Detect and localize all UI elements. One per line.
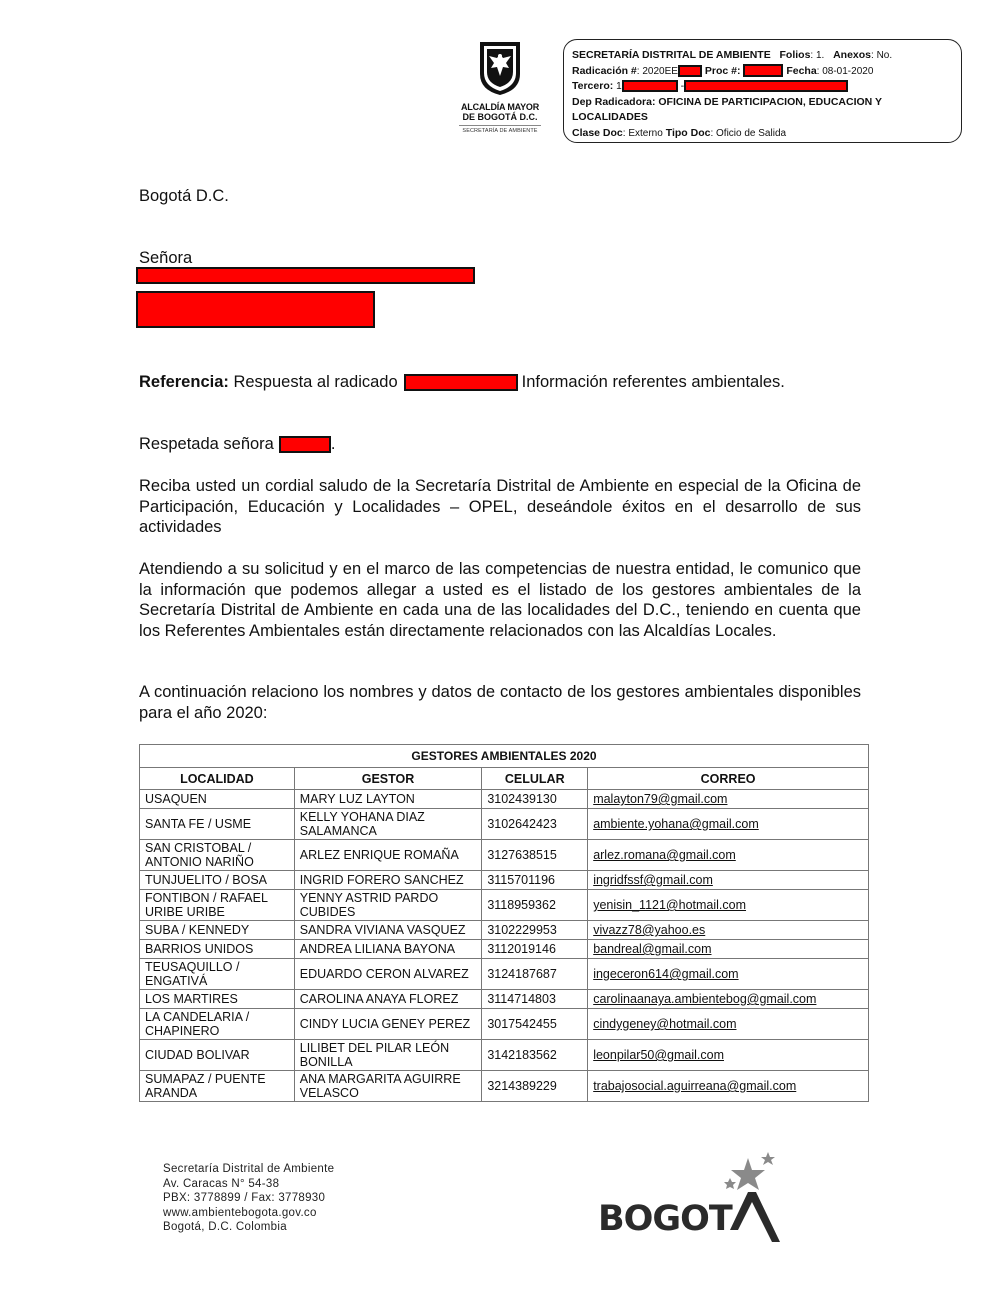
cell-celular: 3127638515 <box>482 840 588 871</box>
coat-of-arms-icon <box>478 40 522 96</box>
column-header-celular: CELULAR <box>482 768 588 790</box>
column-header-gestor: GESTOR <box>294 768 482 790</box>
greeting-end: . <box>331 435 336 453</box>
cell-celular: 3214389229 <box>482 1071 588 1102</box>
cell-gestor: SANDRA VIVIANA VASQUEZ <box>294 921 482 940</box>
entity-name: SECRETARÍA DISTRITAL DE AMBIENTE <box>572 49 771 61</box>
anexos-value: : No. <box>871 50 892 61</box>
cell-celular: 3102642423 <box>482 809 588 840</box>
footer-website-link[interactable]: www.ambientebogota.gov.co <box>163 1206 360 1221</box>
radicado-row-entity: SECRETARÍA DISTRITAL DE AMBIENTE Folios:… <box>572 48 961 64</box>
fecha-value: : 08-01-2020 <box>817 66 874 77</box>
redacted-recipient-name <box>136 267 475 284</box>
cell-correo: vivazz78@yahoo.es <box>588 921 869 940</box>
paragraph-greeting: Reciba usted un cordial saludo de la Sec… <box>139 476 861 538</box>
salutation: Señora <box>139 248 192 269</box>
cell-gestor: ANA MARGARITA AGUIRRE VELASCO <box>294 1071 482 1102</box>
cell-correo: arlez.romana@gmail.com <box>588 840 869 871</box>
cell-gestor: INGRID FORERO SANCHEZ <box>294 871 482 890</box>
cell-localidad: USAQUEN <box>140 790 295 809</box>
reference-line: Referencia: Respuesta al radicadoInforma… <box>139 372 785 393</box>
table-row: SUBA / KENNEDYSANDRA VIVIANA VASQUEZ3102… <box>140 921 869 940</box>
paragraph-request: Atendiendo a su solicitud y en el marco … <box>139 559 861 641</box>
footer-line: Secretaría Distrital de Ambiente <box>163 1162 360 1177</box>
cell-celular: 3115701196 <box>482 871 588 890</box>
email-link[interactable]: leonpilar50@gmail.com <box>593 1048 724 1062</box>
cell-correo: bandreal@gmail.com <box>588 940 869 959</box>
email-link[interactable]: arlez.romana@gmail.com <box>593 848 736 862</box>
reference-label: Referencia: <box>139 373 229 391</box>
dep-value-2: LOCALIDADES <box>572 111 648 123</box>
cell-gestor: ANDREA LILIANA BAYONA <box>294 940 482 959</box>
table-row: TUNJUELITO / BOSAINGRID FORERO SANCHEZ31… <box>140 871 869 890</box>
city-line: Bogotá D.C. <box>139 186 229 207</box>
bogota-stars-logo-icon: BOGOT <box>598 1150 783 1245</box>
cell-correo: ingeceron614@gmail.com <box>588 959 869 990</box>
cell-correo: trabajosocial.aguirreana@gmail.com <box>588 1071 869 1102</box>
fecha-label: Fecha <box>786 65 816 77</box>
cell-correo: cindygeney@hotmail.com <box>588 1009 869 1040</box>
footer-line: Bogotá, D.C. Colombia <box>163 1220 360 1235</box>
cell-correo: yenisin_1121@hotmail.com <box>588 890 869 921</box>
cell-localidad: TUNJUELITO / BOSA <box>140 871 295 890</box>
cell-localidad: SANTA FE / USME <box>140 809 295 840</box>
radicado-row-tercero: Tercero: 1 - <box>572 79 961 95</box>
radicado-row-dep: Dep Radicadora: OFICINA DE PARTICIPACION… <box>572 95 961 111</box>
redacted-radicado <box>404 374 518 391</box>
cell-celular: 3114714803 <box>482 990 588 1009</box>
cell-correo: leonpilar50@gmail.com <box>588 1040 869 1071</box>
cell-localidad: SUMAPAZ / PUENTE ARANDA <box>140 1071 295 1102</box>
redaction-block <box>684 80 848 92</box>
cell-localidad: CIUDAD BOLIVAR <box>140 1040 295 1071</box>
anexos-label: Anexos <box>833 49 871 61</box>
table-row: FONTIBON / RAFAEL URIBE URIBEYENNY ASTRI… <box>140 890 869 921</box>
cell-gestor: LILIBET DEL PILAR LEÓN BONILLA <box>294 1040 482 1071</box>
paragraph-intro-table: A continuación relaciono los nombres y d… <box>139 682 861 723</box>
footer-line: Av. Caracas N° 54-38 <box>163 1177 360 1192</box>
proc-label: Proc # <box>705 65 737 77</box>
folios-label: Folios <box>780 49 811 61</box>
reference-suffix: Información referentes ambientales. <box>522 373 785 391</box>
crest-divider <box>459 125 541 126</box>
email-link[interactable]: ambiente.yohana@gmail.com <box>593 817 759 831</box>
cell-celular: 3124187687 <box>482 959 588 990</box>
greeting: Respetada señora <box>139 435 274 453</box>
footer-line: PBX: 3778899 / Fax: 3778930 <box>163 1191 360 1206</box>
email-link[interactable]: vivazz78@yahoo.es <box>593 923 705 937</box>
table-row: SANTA FE / USMEKELLY YOHANA DIAZ SALAMAN… <box>140 809 869 840</box>
greeting-line: Respetada señora. <box>139 434 335 455</box>
crest-line-2: DE BOGOTÁ D.C. <box>455 112 545 122</box>
redaction-block <box>622 80 678 92</box>
table-row: CIUDAD BOLIVARLILIBET DEL PILAR LEÓN BON… <box>140 1040 869 1071</box>
redacted-name <box>279 436 331 453</box>
email-link[interactable]: cindygeney@hotmail.com <box>593 1017 736 1031</box>
table-row: USAQUENMARY LUZ LAYTON3102439130malayton… <box>140 790 869 809</box>
cell-localidad: SUBA / KENNEDY <box>140 921 295 940</box>
cell-gestor: CINDY LUCIA GENEY PEREZ <box>294 1009 482 1040</box>
cell-localidad: LOS MARTIRES <box>140 990 295 1009</box>
email-link[interactable]: malayton79@gmail.com <box>593 792 727 806</box>
crest-line-3: SECRETARÍA DE AMBIENTE <box>455 128 545 134</box>
email-link[interactable]: yenisin_1121@hotmail.com <box>593 898 746 912</box>
radicacion-value: : 2020EE <box>637 66 678 77</box>
column-header-localidad: LOCALIDAD <box>140 768 295 790</box>
reference-prefix: Respuesta al radicado <box>233 373 397 391</box>
alcaldia-crest: ALCALDÍA MAYOR DE BOGOTÁ D.C. SECRETARÍA… <box>455 40 545 134</box>
email-link[interactable]: ingeceron614@gmail.com <box>593 967 738 981</box>
cell-celular: 3102439130 <box>482 790 588 809</box>
cell-celular: 3112019146 <box>482 940 588 959</box>
cell-celular: 3142183562 <box>482 1040 588 1071</box>
cell-correo: malayton79@gmail.com <box>588 790 869 809</box>
redaction-block <box>743 64 783 77</box>
cell-localidad: SAN CRISTOBAL / ANTONIO NARIÑO <box>140 840 295 871</box>
email-link[interactable]: trabajosocial.aguirreana@gmail.com <box>593 1079 796 1093</box>
cell-localidad: BARRIOS UNIDOS <box>140 940 295 959</box>
cell-correo: ambiente.yohana@gmail.com <box>588 809 869 840</box>
radicado-row-number: Radicación #: 2020EE Proc #: Fecha: 08-0… <box>572 64 961 80</box>
cell-celular: 3118959362 <box>482 890 588 921</box>
cell-gestor: CAROLINA ANAYA FLOREZ <box>294 990 482 1009</box>
cell-gestor: KELLY YOHANA DIAZ SALAMANCA <box>294 809 482 840</box>
radicado-stamp: SECRETARÍA DISTRITAL DE AMBIENTE Folios:… <box>563 39 962 143</box>
redacted-recipient-address <box>136 291 375 328</box>
tercero-label: Tercero: <box>572 80 613 92</box>
gestores-table: GESTORES AMBIENTALES 2020 LOCALIDAD GEST… <box>139 744 869 1102</box>
cell-localidad: LA CANDELARIA / CHAPINERO <box>140 1009 295 1040</box>
folios-value: : 1. <box>810 50 824 61</box>
table-title: GESTORES AMBIENTALES 2020 <box>140 745 869 768</box>
cell-localidad: FONTIBON / RAFAEL URIBE URIBE <box>140 890 295 921</box>
table-row: SAN CRISTOBAL / ANTONIO NARIÑOARLEZ ENRI… <box>140 840 869 871</box>
cell-gestor: YENNY ASTRID PARDO CUBIDES <box>294 890 482 921</box>
footer-address: Secretaría Distrital de Ambiente Av. Car… <box>163 1162 360 1235</box>
table-row: LOS MARTIRESCAROLINA ANAYA FLOREZ3114714… <box>140 990 869 1009</box>
table-row: TEUSAQUILLO / ENGATIVÁEDUARDO CERON ALVA… <box>140 959 869 990</box>
cell-gestor: ARLEZ ENRIQUE ROMAÑA <box>294 840 482 871</box>
email-link[interactable]: bandreal@gmail.com <box>593 942 711 956</box>
clase-label: Clase Doc <box>572 127 623 139</box>
dep-value: OFICINA DE PARTICIPACION, EDUCACION Y <box>658 96 882 108</box>
table-row: BARRIOS UNIDOSANDREA LILIANA BAYONA31120… <box>140 940 869 959</box>
dep-label: Dep Radicadora: <box>572 96 655 108</box>
email-link[interactable]: ingridfssf@gmail.com <box>593 873 713 887</box>
radicado-row-dep-2: LOCALIDADES <box>572 110 961 126</box>
column-header-correo: CORREO <box>588 768 869 790</box>
cell-celular: 3102229953 <box>482 921 588 940</box>
cell-correo: carolinaanaya.ambientebog@gmail.com <box>588 990 869 1009</box>
svg-text:BOGOT: BOGOT <box>598 1199 733 1239</box>
radicado-row-clase: Clase Doc: Externo Tipo Doc: Oficio de S… <box>572 126 961 142</box>
email-link[interactable]: carolinaanaya.ambientebog@gmail.com <box>593 992 816 1006</box>
cell-localidad: TEUSAQUILLO / ENGATIVÁ <box>140 959 295 990</box>
clase-value: : Externo <box>623 128 663 139</box>
tipo-value: : Oficio de Salida <box>710 128 786 139</box>
cell-gestor: MARY LUZ LAYTON <box>294 790 482 809</box>
radicacion-label: Radicación # <box>572 65 637 77</box>
table-body: USAQUENMARY LUZ LAYTON3102439130malayton… <box>140 790 869 1102</box>
cell-correo: ingridfssf@gmail.com <box>588 871 869 890</box>
tipo-label: Tipo Doc <box>666 127 711 139</box>
crest-line-1: ALCALDÍA MAYOR <box>455 102 545 112</box>
redaction-block <box>678 65 702 77</box>
cell-gestor: EDUARDO CERON ALVAREZ <box>294 959 482 990</box>
table-row: SUMAPAZ / PUENTE ARANDAANA MARGARITA AGU… <box>140 1071 869 1102</box>
table-row: LA CANDELARIA / CHAPINEROCINDY LUCIA GEN… <box>140 1009 869 1040</box>
cell-celular: 3017542455 <box>482 1009 588 1040</box>
